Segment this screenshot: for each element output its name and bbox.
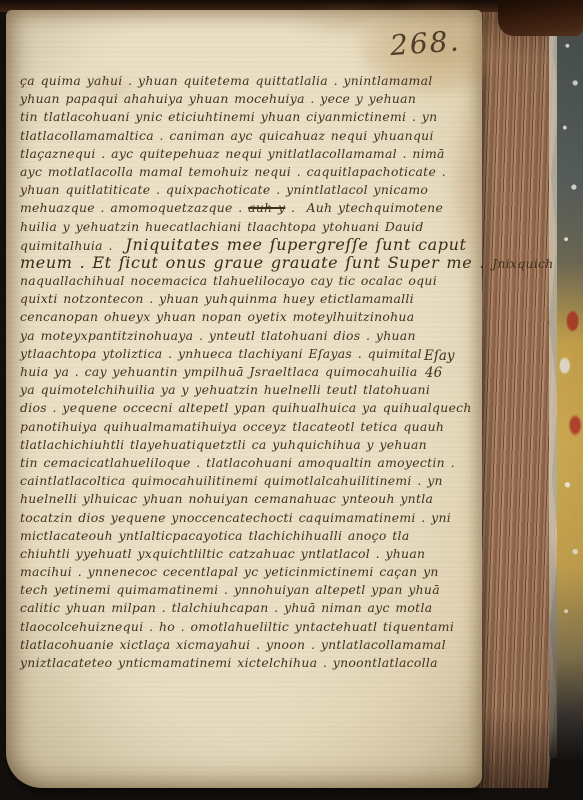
text-segment: yniztlacateteo ynticmamatinemi xictelchi… [20, 655, 438, 670]
manuscript-line: meum . Et ſicut onus graue grauate ſunt … [20, 254, 460, 272]
text-segment: quixti notzontecon . yhuan yuhquinma hue… [20, 291, 414, 306]
manuscript-line: tin tlatlacohuani ynic eticiuhtinemi yhu… [20, 108, 460, 126]
manuscript-line: huia ya . cay yehuantin ympilhuā Jsraelt… [20, 363, 460, 381]
manuscript-line: quixti notzontecon . yhuan yuhquinma hue… [20, 290, 460, 308]
manuscript-line: tin cemacicatlahueliloque . tlatlacohuan… [20, 454, 460, 472]
manuscript-line: chiuhtli yyehuatl yxquichtliltic catzahu… [20, 545, 460, 563]
text-segment: tocatzin dios yequene ynoccencatechocti … [20, 510, 451, 525]
manuscript-line: cencanopan ohueyx yhuan nopan oyetix mot… [20, 308, 460, 326]
text-segment: mictlacateouh yntlalticpacayotica tlachi… [20, 528, 410, 543]
text-segment: huilia y yehuatzin huecatlachiani tlaach… [20, 219, 424, 234]
manuscript-line: ya quimotelchihuilia ya y yehuatzin huel… [20, 381, 460, 399]
text-segment: auh y [248, 200, 285, 215]
manuscript-line: calitic yhuan milpan . tlalchiuhcapan . … [20, 599, 460, 617]
manuscript-text: ça quima yahui . yhuan quitetema quittat… [20, 72, 460, 672]
text-segment: tlatlachichiuhtli tlayehuatiquetztli ca … [20, 437, 427, 452]
text-segment: huia ya . cay yehuantin ympilhuā Jsraelt… [20, 364, 418, 379]
manuscript-line: yhuan papaqui ahahuiya yhuan mocehuiya .… [20, 90, 460, 108]
text-segment: ya moteyxpantitzinohuaya . ynteutl tlato… [20, 328, 416, 343]
text-segment: cencanopan ohueyx yhuan nopan oyetix mot… [20, 309, 414, 324]
book-photo: 268. Eſay 46 ça quima yahui . yhuan quit… [0, 0, 583, 800]
text-segment: tlaocolcehuiznequi . ho . omotlahuelilti… [20, 619, 454, 634]
text-segment: tlatlacohuanie xictlaça xicmayahui . yno… [20, 637, 446, 652]
manuscript-line: ya moteyxpantitzinohuaya . ynteutl tlato… [20, 327, 460, 345]
manuscript-line: yniztlacateteo ynticmamatinemi xictelchi… [20, 654, 460, 672]
manuscript-line: mehuazque . amomoquetzazque . auh y . Au… [20, 199, 460, 217]
text-segment: dios . yequene occecni altepetl ypan qui… [20, 400, 472, 415]
text-segment: calitic yhuan milpan . tlalchiuhcapan . … [20, 600, 432, 615]
manuscript-line: tlatlachichiuhtli tlayehuatiquetztli ca … [20, 436, 460, 454]
text-segment: mehuazque . amomoquetzazque . [20, 200, 248, 215]
text-segment: tin cemacicatlahueliloque . tlatlacohuan… [20, 455, 455, 470]
text-segment: tlatlacollamamaltica . caniman ayc quica… [20, 128, 434, 143]
marbled-cover-strip [557, 16, 583, 760]
book-cover-corner [498, 0, 583, 36]
text-segment: chiuhtli yyehuatl yxquichtliltic catzahu… [20, 546, 425, 561]
text-segment: tech yetinemi quimamatinemi . ynnohuiyan… [20, 582, 440, 597]
text-segment: panotihuiya quihualmamatihuiya occeyz tl… [20, 419, 444, 434]
manuscript-line: huelnelli ylhuicac yhuan nohuiyan cemana… [20, 490, 460, 508]
text-segment: tlaçaznequi . ayc quitepehuaz nequi ynit… [20, 146, 445, 161]
manuscript-line: tlatlacollamamaltica . caniman ayc quica… [20, 127, 460, 145]
text-segment: quimitalhuia . [20, 238, 118, 253]
text-segment: ayc motlatlacolla mamal temohuiz nequi .… [20, 164, 446, 179]
manuscript-line: huilia y yehuatzin huecatlachiani tlaach… [20, 218, 460, 236]
text-segment: Jnixquich [492, 256, 553, 271]
manuscript-line: ça quima yahui . yhuan quitetema quittat… [20, 72, 460, 90]
text-segment: ytlaachtopa ytoliztica . ynhueca tlachiy… [20, 346, 422, 361]
manuscript-line: yhuan quitlatiticate . quixpachoticate .… [20, 181, 460, 199]
text-segment: caintlatlacoltica quimocahuilitinemi qui… [20, 473, 443, 488]
text-segment: yhuan quitlatiticate . quixpachoticate .… [20, 182, 428, 197]
manuscript-line: macihui . ynnenecoc cecentlapal yc yetic… [20, 563, 460, 581]
manuscript-line: caintlatlacoltica quimocahuilitinemi qui… [20, 472, 460, 490]
text-segment: yhuan papaqui ahahuiya yhuan mocehuiya .… [20, 91, 416, 106]
manuscript-line: quimitalhuia . Jniquitates mee ſupergreſ… [20, 236, 460, 254]
text-segment: macihui . ynnenecoc cecentlapal yc yetic… [20, 564, 439, 579]
manuscript-line: ytlaachtopa ytoliztica . ynhueca tlachiy… [20, 345, 460, 363]
manuscript-line: ayc motlatlacolla mamal temohuiz nequi .… [20, 163, 460, 181]
manuscript-line: tech yetinemi quimamatinemi . ynnohuiyan… [20, 581, 460, 599]
latin-quote-segment: meum . Et ſicut onus graue grauate ſunt … [20, 253, 492, 272]
manuscript-line: tlaocolcehuiznequi . ho . omotlahuelilti… [20, 618, 460, 636]
manuscript-line: mictlacateouh yntlalticpacayotica tlachi… [20, 527, 460, 545]
latin-quote-segment: Jniquitates mee ſupergreſſe ſunt caput [118, 235, 466, 254]
manuscript-line: tlatlacohuanie xictlaça xicmayahui . yno… [20, 636, 460, 654]
text-segment: ya quimotelchihuilia ya y yehuatzin huel… [20, 382, 430, 397]
folio-number: 268. [389, 23, 481, 62]
text-segment: ça quima yahui . yhuan quitetema quittat… [20, 73, 433, 88]
text-segment: naquallachihual nocemacica tlahuelilocay… [20, 273, 437, 288]
manuscript-line: panotihuiya quihualmamatihuiya occeyz tl… [20, 418, 460, 436]
text-segment: . Auh ytechquimotene [285, 200, 443, 215]
text-segment: tin tlatlacohuani ynic eticiuhtinemi yhu… [20, 109, 437, 124]
manuscript-line: tlaçaznequi . ayc quitepehuaz nequi ynit… [20, 145, 460, 163]
text-segment: huelnelli ylhuicac yhuan nohuiyan cemana… [20, 491, 433, 506]
manuscript-line: tocatzin dios yequene ynoccencatechocti … [20, 509, 460, 527]
manuscript-line: naquallachihual nocemacica tlahuelilocay… [20, 272, 460, 290]
manuscript-line: dios . yequene occecni altepetl ypan qui… [20, 399, 460, 417]
